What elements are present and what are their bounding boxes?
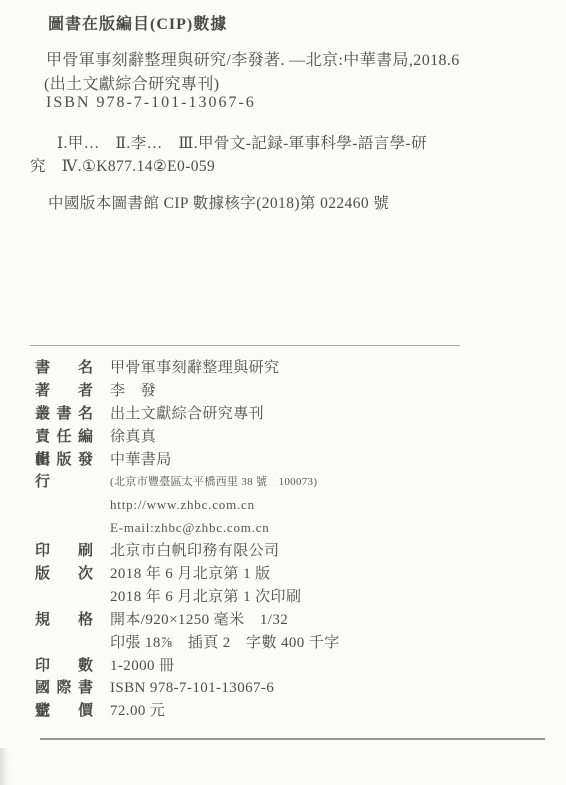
field-value: 2018 年 6 月北京第 1 次印刷	[110, 586, 301, 609]
field-label: 印數	[35, 655, 93, 678]
divider-top	[30, 345, 460, 346]
field-label: 著者	[35, 380, 93, 403]
field-value: 開本/920×1250 毫米 1/32	[110, 609, 288, 632]
field-label: 書名	[35, 357, 93, 380]
field-value: 徐真真	[110, 426, 156, 449]
field-value: ISBN 978-7-101-13067-6	[110, 677, 274, 700]
field-value: 李 發	[110, 380, 156, 403]
colophon-block: 書名 甲骨軍事刻辭整理與研究 著者 李 發 叢書名 出土文獻綜合研究專刊 責任編…	[35, 357, 535, 723]
classification-line-1: Ⅰ.甲… Ⅱ.李… Ⅲ.甲骨文-記録-軍事科學-語言學-研	[57, 131, 427, 153]
series-note: (出土文獻綜合研究專刊)	[44, 71, 219, 94]
field-label: 出版發行	[35, 449, 93, 495]
colophon-row-print-run: 印數 1-2000 冊	[35, 655, 535, 678]
field-label: 叢書名	[35, 403, 93, 426]
isbn-line: ISBN 978-7-101-13067-6	[46, 94, 256, 112]
field-label: 規格	[35, 609, 93, 632]
field-label: 版次	[35, 563, 93, 586]
field-value: (北京市豐臺區太平橋西里 38 號 100073)	[110, 471, 317, 494]
colophon-row-sheets: 印張 18⅞ 插頁 2 字數 400 千字	[35, 632, 535, 655]
field-value: 1-2000 冊	[110, 655, 174, 678]
colophon-row-price: 定價 72.00 元	[35, 700, 535, 723]
field-value: 2018 年 6 月北京第 1 版	[110, 563, 271, 586]
colophon-row-publisher: 出版發行 中華書局	[35, 449, 535, 472]
colophon-row-isbn: 國際書號 ISBN 978-7-101-13067-6	[35, 677, 535, 700]
field-value: 北京市白帆印務有限公司	[110, 540, 279, 563]
colophon-row-email: E-mail:zhbc@zhbc.com.cn	[35, 517, 535, 540]
colophon-row-editor: 責任編輯 徐真真	[35, 426, 535, 449]
divider-bottom	[40, 738, 545, 740]
field-label: 印刷	[35, 540, 93, 563]
bibliographic-line: 甲骨軍事刻辭整理與研究/李發著. —北京:中華書局,2018.6	[46, 47, 460, 70]
field-value: E-mail:zhbc@zhbc.com.cn	[110, 517, 270, 540]
colophon-row-publisher-address: (北京市豐臺區太平橋西里 38 號 100073)	[35, 471, 535, 494]
colophon-row-series: 叢書名 出土文獻綜合研究專刊	[35, 403, 535, 426]
colophon-row-format: 規格 開本/920×1250 毫米 1/32	[35, 609, 535, 632]
field-label: 定價	[35, 700, 93, 723]
cip-header: 圖書在版編目(CIP)數據	[48, 11, 227, 34]
cip-record-number: 中國版本圖書館 CIP 數據核字(2018)第 022460 號	[48, 191, 389, 213]
field-value: 出土文獻綜合研究專刊	[110, 403, 264, 426]
colophon-row-website: http://www.zhbc.com.cn	[35, 494, 535, 517]
field-value: 72.00 元	[110, 700, 165, 723]
scan-artifact	[0, 748, 9, 785]
colophon-row-author: 著者 李 發	[35, 380, 535, 403]
book-copyright-page: 圖書在版編目(CIP)數據 甲骨軍事刻辭整理與研究/李發著. —北京:中華書局,…	[0, 0, 566, 785]
classification-line-2: 究 Ⅳ.①K877.14②E0-059	[30, 154, 215, 176]
field-value: 甲骨軍事刻辭整理與研究	[110, 357, 279, 380]
colophon-row-edition: 版次 2018 年 6 月北京第 1 版	[35, 563, 535, 586]
field-value: 印張 18⅞ 插頁 2 字數 400 千字	[110, 632, 340, 655]
colophon-row-title: 書名 甲骨軍事刻辭整理與研究	[35, 357, 535, 380]
colophon-row-printer: 印刷 北京市白帆印務有限公司	[35, 540, 535, 563]
field-value: http://www.zhbc.com.cn	[110, 494, 255, 517]
field-value: 中華書局	[110, 449, 172, 472]
colophon-row-printing: 2018 年 6 月北京第 1 次印刷	[35, 586, 535, 609]
